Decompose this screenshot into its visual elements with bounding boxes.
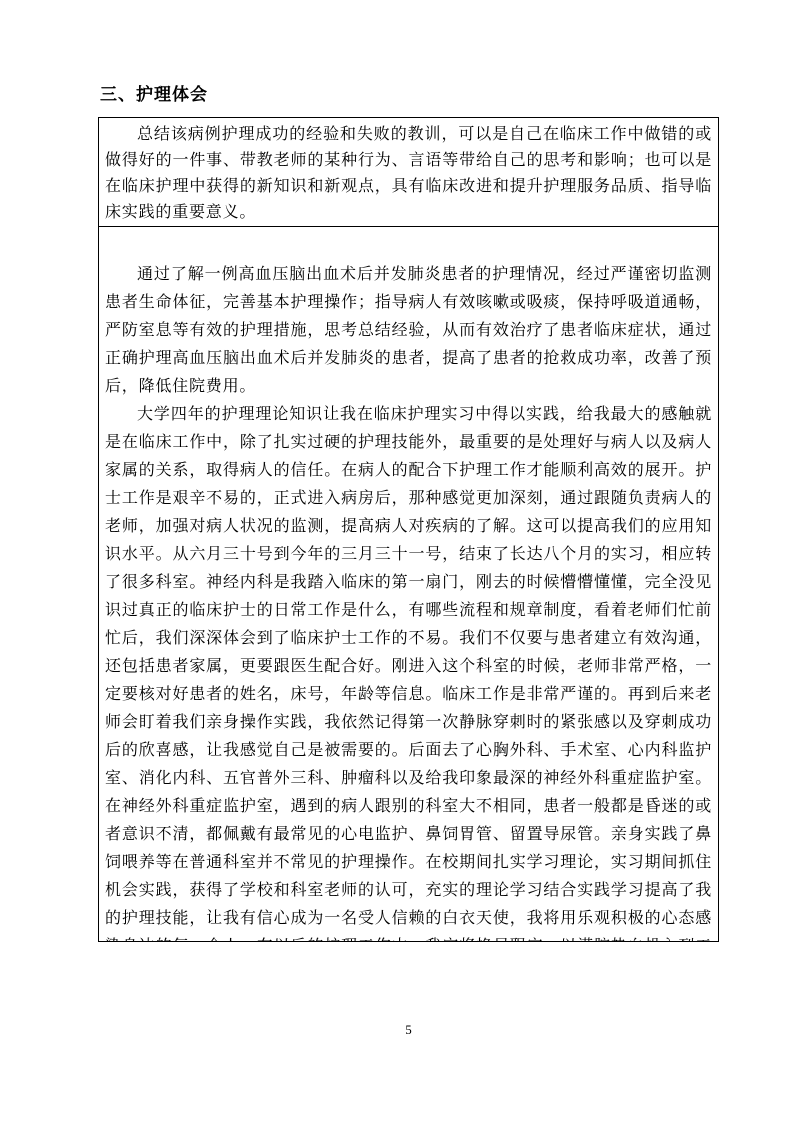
section-heading: 三、护理体会 xyxy=(100,84,208,106)
instruction-paragraph: 总结该病例护理成功的经验和失败的教训，可以是自己在临床工作中做错的或做得好的一件… xyxy=(105,122,712,226)
content-table: 总结该病例护理成功的经验和失败的教训，可以是自己在临床工作中做错的或做得好的一件… xyxy=(98,117,719,942)
document-page: 三、护理体会 总结该病例护理成功的经验和失败的教训，可以是自己在临床工作中做错的… xyxy=(0,0,793,1122)
table-row-instructions: 总结该病例护理成功的经验和失败的教训，可以是自己在临床工作中做错的或做得好的一件… xyxy=(99,118,718,227)
table-row-reflection: 通过了解一例高血压脑出血术后并发肺炎患者的护理情况，经过严谨密切监测患者生命体征… xyxy=(99,227,718,942)
reflection-paragraph-2: 大学四年的护理理论知识让我在临床护理实习中得以实践，给我最大的感触就是在临床工作… xyxy=(105,401,712,942)
reflection-paragraph-1: 通过了解一例高血压脑出血术后并发肺炎患者的护理情况，经过严谨密切监测患者生命体征… xyxy=(105,261,712,401)
page-number: 5 xyxy=(98,1022,719,1038)
